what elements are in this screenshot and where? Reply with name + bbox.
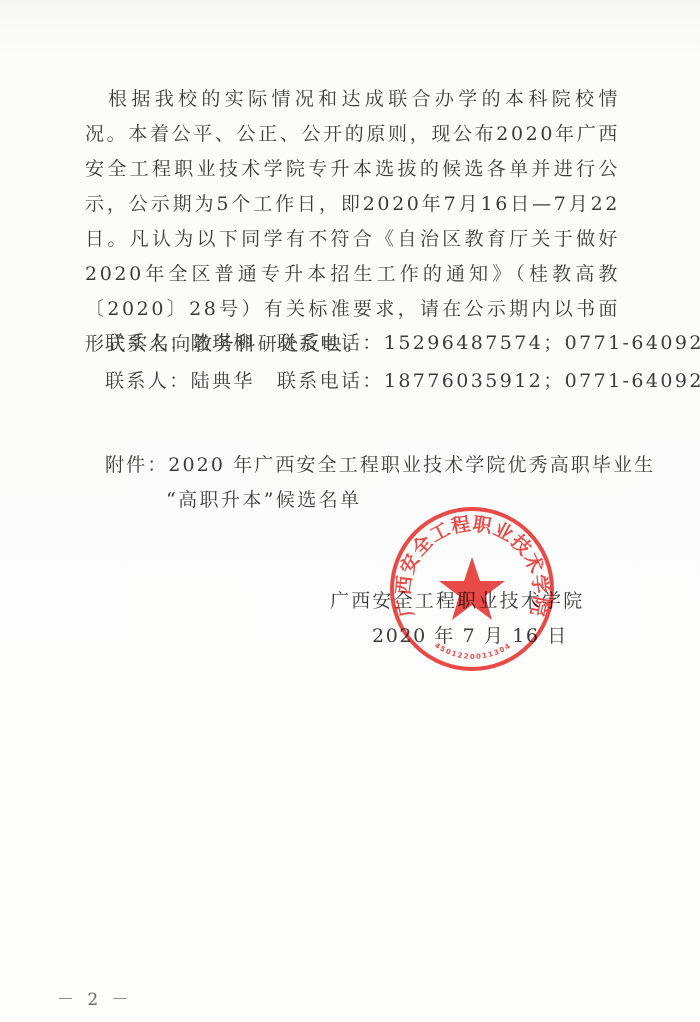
contact-phone-label: 联系电话：: [277, 332, 384, 354]
contact-phone-label: 联系电话：: [277, 370, 384, 392]
contact-name: 陆琪柳: [191, 332, 255, 354]
star-icon: [439, 557, 505, 620]
contact-line-2: 联系人：陆典华联系电话：18776035912；0771-6409292: [105, 369, 700, 393]
contact-phone: 18776035912；0771-6409292: [384, 370, 700, 392]
attachment-line-1: 附件：2020 年广西安全工程职业技术学院优秀高职毕业生: [105, 453, 655, 477]
contact-line-1: 联系人：陆琪柳联系电话：15296487574；0771-6409292: [105, 331, 700, 355]
body-paragraph: 根据我校的实际情况和达成联合办学的本科院校情况。本着公平、公正、公开的原则，现公…: [85, 82, 620, 362]
contact-label: 联系人：: [105, 332, 191, 354]
contact-name: 陆典华: [191, 370, 255, 392]
official-seal-icon: 广西安全工程职业技术学院 4501220011304: [388, 505, 556, 673]
page-number: － 2 －: [57, 985, 133, 1010]
svg-text:4501220011304: 4501220011304: [433, 641, 513, 661]
document-page: 根据我校的实际情况和达成联合办学的本科院校情况。本着公平、公正、公开的原则，现公…: [0, 0, 700, 1022]
stamp-serial: 4501220011304: [433, 641, 513, 661]
attachment-line-2: “高职升本”候选名单: [166, 488, 361, 512]
contact-phone: 15296487574；0771-6409292: [384, 332, 700, 354]
contact-label: 联系人：: [105, 370, 191, 392]
